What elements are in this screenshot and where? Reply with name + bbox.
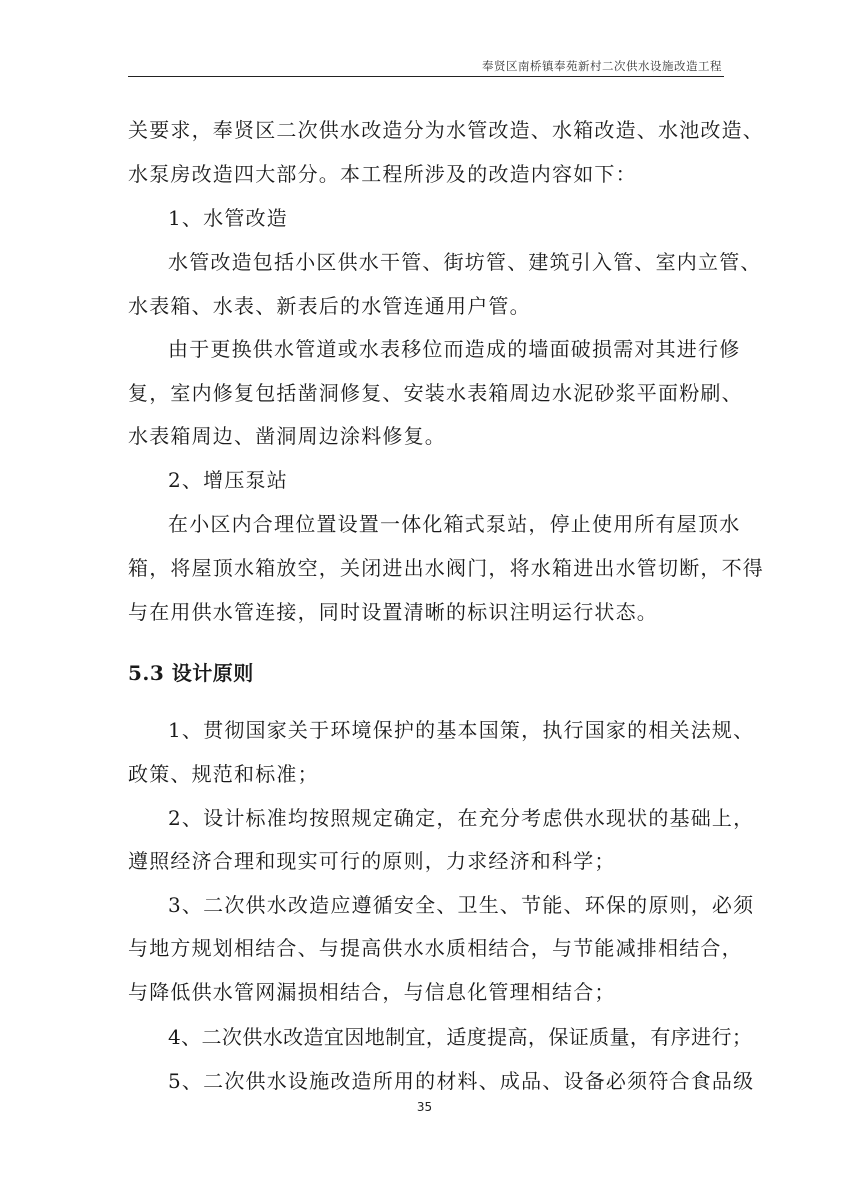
page-header: 奉贤区南桥镇奉苑新村二次供水设施改造工程 — [128, 58, 724, 77]
page-number: 35 — [0, 1100, 849, 1114]
list-item-title: 1、水管改造 — [168, 206, 288, 230]
paragraph-line: 复，室内修复包括凿洞修复、安装水表箱周边水泥砂浆平面粉刷、 — [128, 381, 743, 405]
paragraph-line: 在小区内合理位置设置一体化箱式泵站，停止使用所有屋顶水 — [168, 512, 740, 536]
principle-line: 政策、规范和标准； — [128, 762, 319, 786]
header-title: 奉贤区南桥镇奉苑新村二次供水设施改造工程 — [482, 58, 722, 74]
paragraph-line: 水表箱周边、凿洞周边涂料修复。 — [128, 424, 446, 448]
principle-line: 1、贯彻国家关于环境保护的基本国策，执行国家的相关法规、 — [168, 718, 754, 742]
principle-line: 5、二次供水设施改造所用的材料、成品、设备必须符合食品级 — [168, 1069, 754, 1093]
principle-line: 遵照经济合理和现实可行的原则，力求经济和科学； — [128, 849, 616, 873]
paragraph-line: 水表箱、水表、新表后的水管连通用户管。 — [128, 294, 531, 318]
principle-line: 与地方规划相结合、与提高供水水质相结合，与节能减排相结合， — [128, 936, 743, 960]
list-item-title: 2、增压泵站 — [168, 468, 288, 492]
principle-line: 与降低供水管网漏损相结合，与信息化管理相结合； — [128, 980, 616, 1004]
principle-line: 3、二次供水改造应遵循安全、卫生、节能、环保的原则，必须 — [168, 893, 754, 917]
paragraph-line: 水管改造包括小区供水干管、街坊管、建筑引入管、室内立管、 — [168, 250, 762, 274]
principle-line: 2、设计标准均按照规定确定，在充分考虑供水现状的基础上， — [168, 806, 754, 830]
principle-line: 4、二次供水改造宜因地制宜，适度提高，保证质量，有序进行； — [168, 1025, 752, 1049]
paragraph-line: 箱，将屋顶水箱放空，关闭进出水阀门，将水箱进出水管切断，不得 — [128, 556, 764, 580]
paragraph-line: 关要求，奉贤区二次供水改造分为水管改造、水箱改造、水池改造、 — [128, 118, 764, 142]
paragraph-line: 与在用供水管连接，同时设置清晰的标识注明运行状态。 — [128, 600, 658, 624]
paragraph-line: 由于更换供水管道或水表移位而造成的墙面破损需对其进行修 — [168, 337, 740, 361]
paragraph-line: 水泵房改造四大部分。本工程所涉及的改造内容如下： — [128, 162, 637, 186]
section-heading: 5.3 设计原则 — [128, 661, 254, 685]
